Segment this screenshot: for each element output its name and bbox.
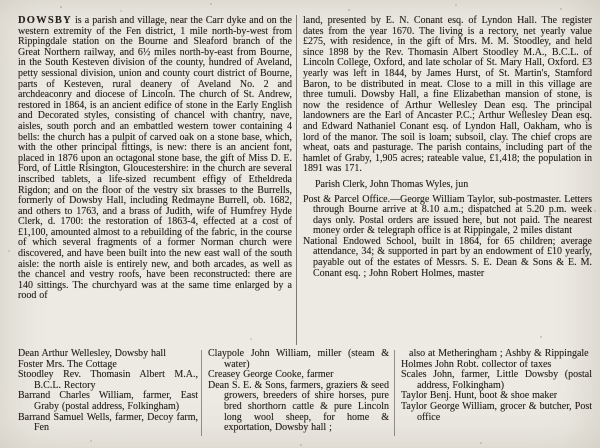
directory-column-2: Claypole John William, miller (steam & w… [208, 349, 389, 434]
directory-column-3: also at Metheringham ; Ashby & Rippingal… [401, 349, 592, 423]
directory-entry: Stoodley Rev. Thomasin Albert M.A., B.C.… [18, 370, 198, 391]
main-column-divider [296, 15, 297, 345]
article-left-text: is a parish and village, near the Carr d… [18, 15, 292, 301]
article-paragraph-right: land, presented by E. N. Conant esq. of … [303, 16, 592, 175]
directory-entry-continuation: also at Metheringham ; Ashby & Rippingal… [401, 349, 592, 360]
directory-entry: Barrand Samuel Wells, farmer, Decoy farm… [18, 413, 198, 434]
directory-entry: Dean S. E. & Sons, farmers, graziers & s… [208, 381, 389, 434]
directory-entry: Scales John, farmer, Little Dowsby (post… [401, 370, 592, 391]
directory-divider-2 [394, 350, 395, 436]
parish-clerk-line: Parish Clerk, John Thomas Wyles, jun [303, 180, 592, 191]
directory-entry: Dean Arthur Wellesley, Dowsby hall [18, 349, 198, 360]
scan-noise [0, 0, 2, 2]
parish-name: DOWSBY [18, 15, 72, 26]
directory-entry: Claypole John William, miller (steam & w… [208, 349, 389, 370]
article-paragraph-left: DOWSBY is a parish and village, near the… [18, 16, 292, 302]
post-office-paragraph: Post & Parcel Office.—George William Tay… [303, 195, 592, 237]
directory-entry: Taylor George William, grocer & butcher,… [401, 402, 592, 423]
directory-entry: Barrand Charles William, farmer, East Gr… [18, 391, 198, 412]
article-left-column: DOWSBY is a parish and village, near the… [18, 16, 292, 302]
article-right-column: land, presented by E. N. Conant esq. of … [303, 16, 592, 279]
directory-divider-1 [201, 350, 202, 436]
directory-column-1: Dean Arthur Wellesley, Dowsby hall Foste… [18, 349, 198, 434]
school-paragraph: National Endowed School, built in 1864, … [303, 237, 592, 279]
gazetteer-page: DOWSBY is a parish and village, near the… [0, 0, 600, 448]
